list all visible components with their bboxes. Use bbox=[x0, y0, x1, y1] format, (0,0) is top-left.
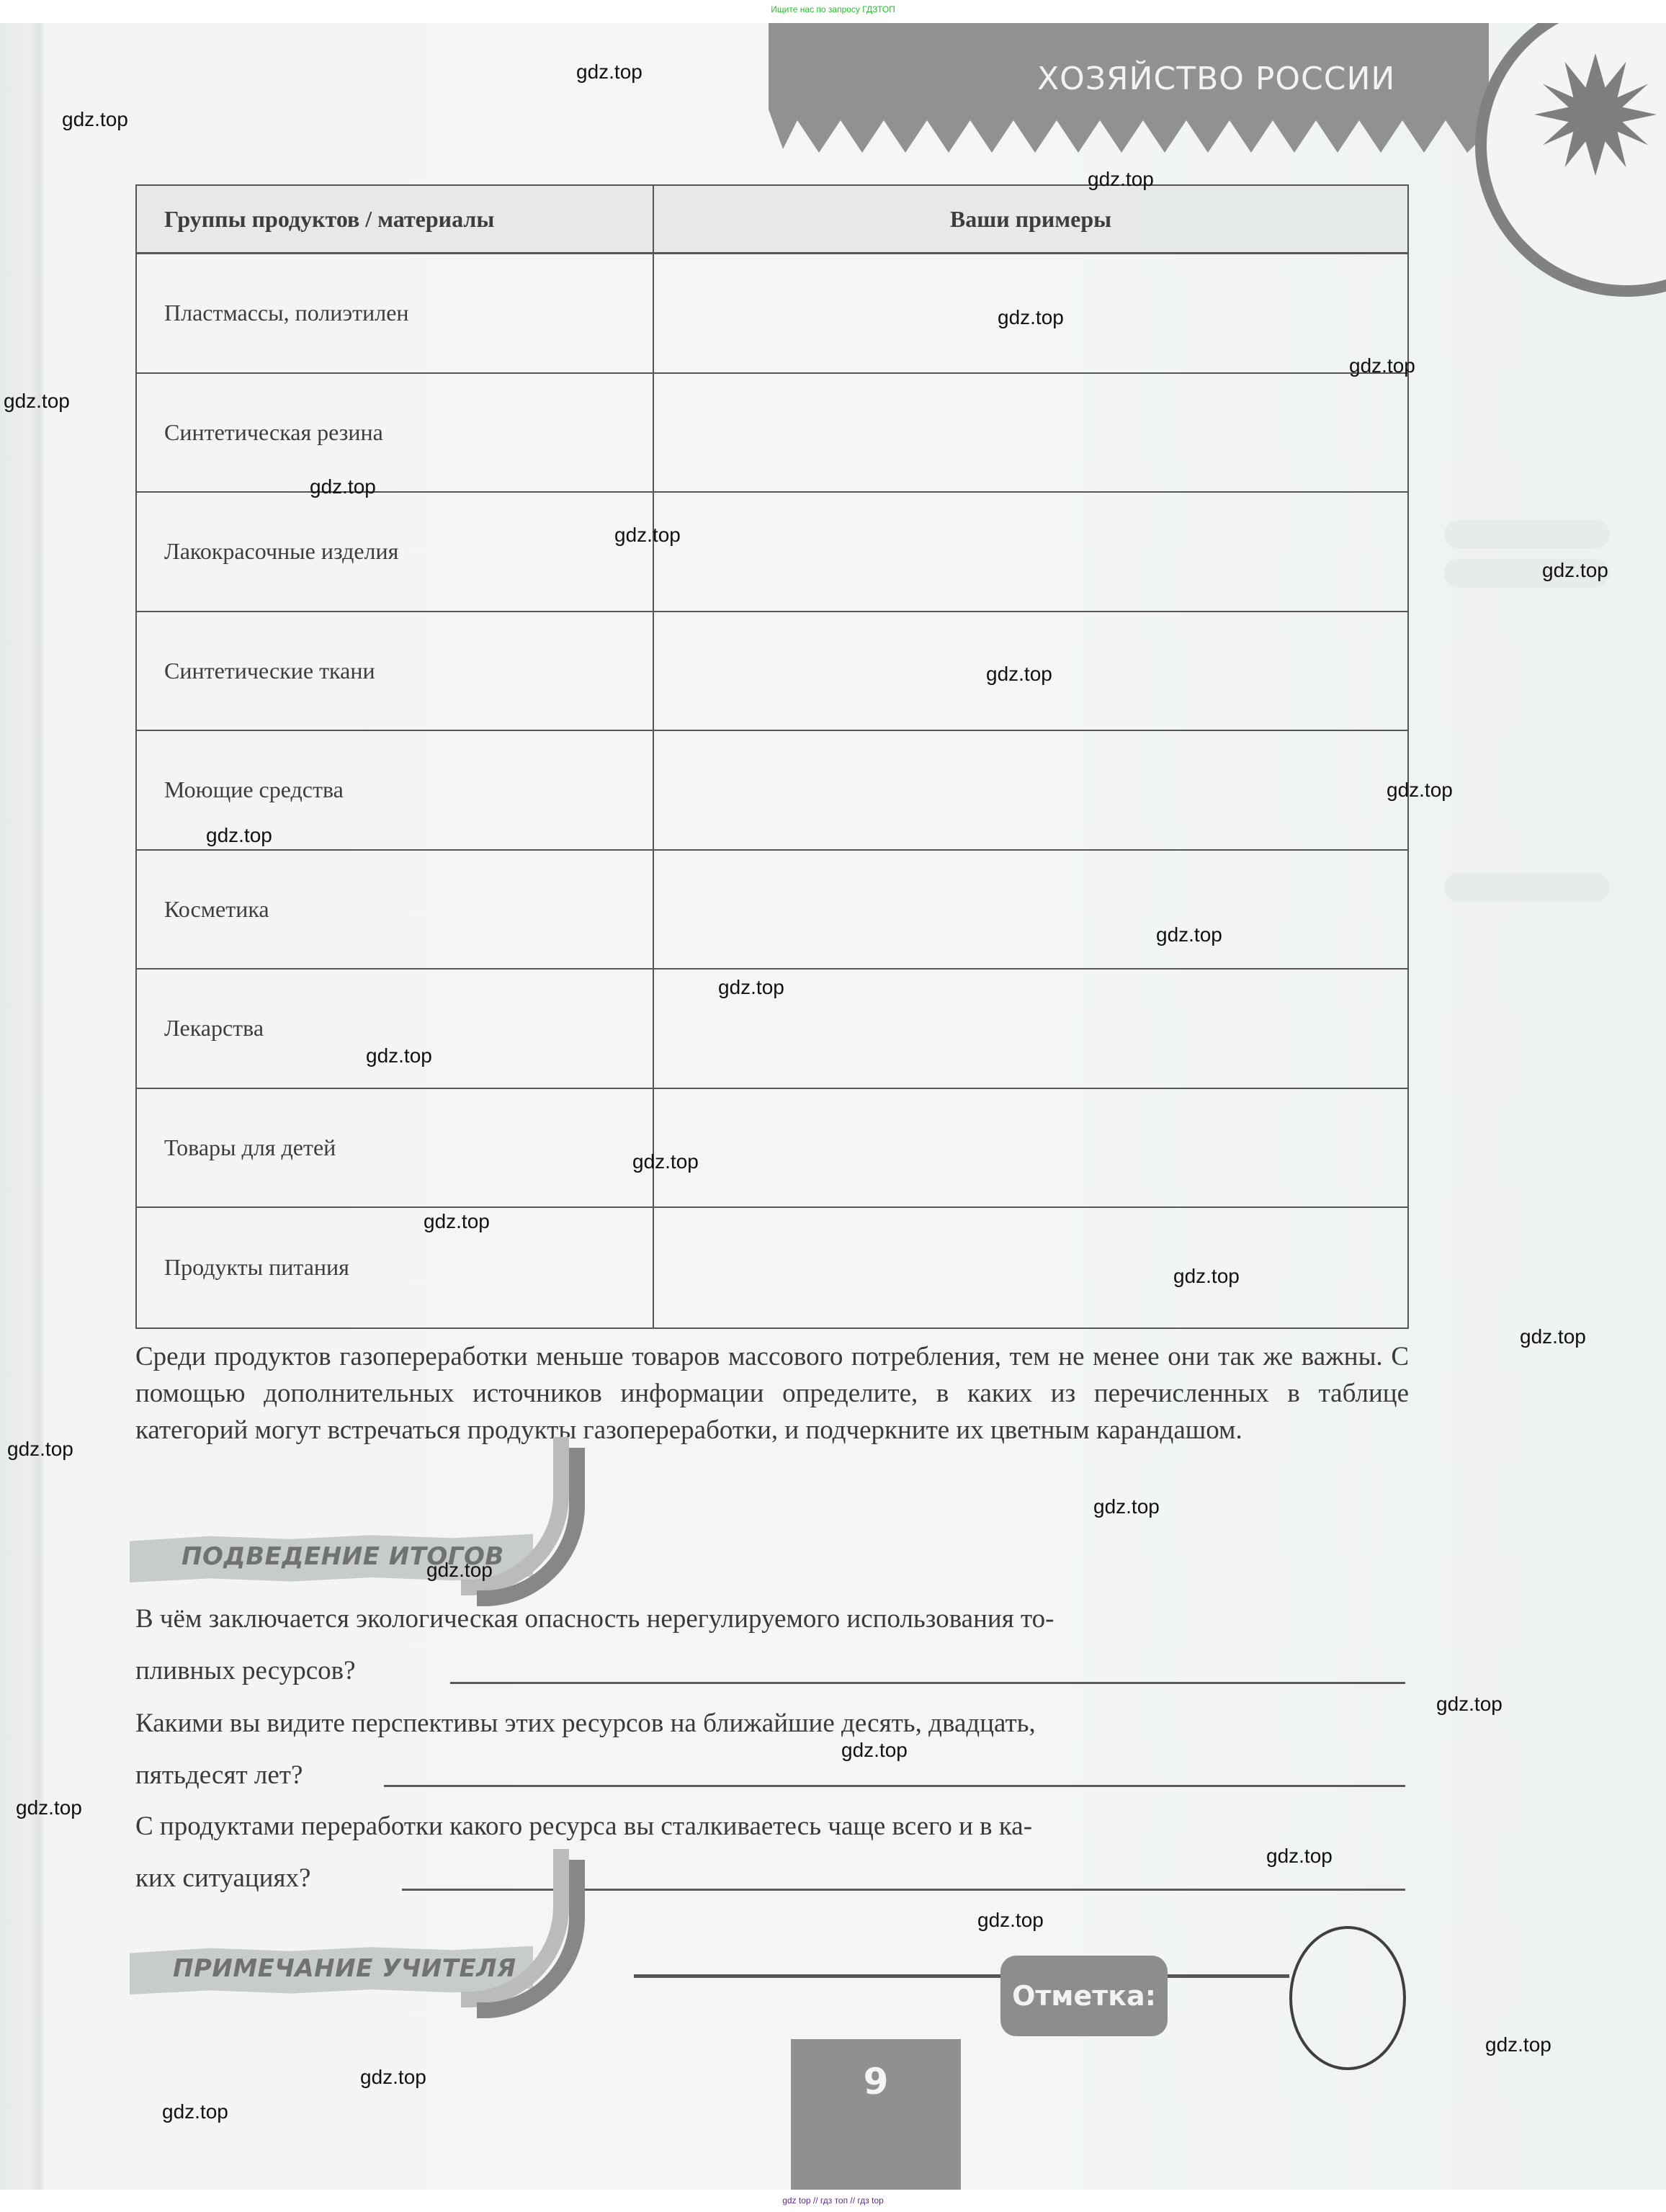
table-row-examples-input[interactable] bbox=[654, 1208, 1407, 1327]
question-text: Какими вы видите перспективы этих ресурс… bbox=[135, 1698, 1409, 1750]
watermark: gdz.top bbox=[62, 108, 128, 131]
table-row-examples-input[interactable] bbox=[654, 1089, 1407, 1209]
summary-banner: ПОДВЕДЕНИЕ ИТОГОВ bbox=[130, 1516, 634, 1595]
watermark: gdz.top bbox=[206, 824, 272, 847]
teacher-note-line[interactable] bbox=[634, 1974, 1008, 1978]
table-row-group: Продукты питания bbox=[137, 1208, 654, 1327]
watermark: gdz.top bbox=[1520, 1325, 1586, 1348]
answer-line-2[interactable] bbox=[384, 1785, 1405, 1787]
ghost-tab bbox=[1444, 873, 1610, 902]
question-text: пятьдесят лет? bbox=[135, 1750, 1409, 1801]
banner-arc bbox=[477, 1860, 585, 2018]
table-row-group: Лекарства bbox=[137, 970, 654, 1089]
watermark: gdz.top bbox=[426, 1559, 493, 1582]
watermark: gdz.top bbox=[841, 1739, 908, 1762]
table-row-group: Синтетические ткани bbox=[137, 612, 654, 732]
mark-circle-field[interactable] bbox=[1289, 1926, 1406, 2070]
ghost-tab bbox=[1444, 520, 1610, 549]
task-paragraph: Среди продуктов газопереработки меньше т… bbox=[135, 1338, 1409, 1448]
watermark: gdz.top bbox=[718, 976, 784, 999]
table-row-group: Синтетическая резина bbox=[137, 374, 654, 493]
products-table: Группы продуктов / материалы Ваши пример… bbox=[135, 184, 1409, 1329]
question-text: С продуктами переработки какого ресурса … bbox=[135, 1801, 1409, 1853]
watermark: gdz.top bbox=[614, 524, 681, 547]
teacher-note-banner: ПРИМЕЧАНИЕ УЧИТЕЛЯ bbox=[130, 1928, 634, 2007]
table-row-examples-input[interactable] bbox=[654, 493, 1407, 612]
question-text: В чём заключается экологическая опасност… bbox=[135, 1593, 1409, 1645]
watermark: gdz.top bbox=[998, 306, 1064, 329]
question-text: ких ситуациях? bbox=[135, 1853, 1409, 1904]
mark-connector-line bbox=[1160, 1974, 1289, 1978]
watermark: gdz.top bbox=[1387, 779, 1453, 802]
star-emblem-icon bbox=[1534, 53, 1657, 176]
bottom-promo-bar: gdz top // гдз топ // гдз top bbox=[0, 2190, 1666, 2212]
top-promo-bar: Ищите нас по запросу ГДЗТОП bbox=[0, 0, 1666, 23]
table-row-group: Товары для детей bbox=[137, 1089, 654, 1209]
watermark: gdz.top bbox=[1173, 1265, 1240, 1288]
watermark: gdz.top bbox=[16, 1796, 82, 1819]
watermark: gdz.top bbox=[1156, 923, 1222, 946]
watermark: gdz.top bbox=[1266, 1845, 1333, 1868]
watermark: gdz.top bbox=[632, 1150, 699, 1173]
watermark: gdz.top bbox=[360, 2066, 426, 2089]
table-row-examples-input[interactable] bbox=[654, 851, 1407, 970]
watermark: gdz.top bbox=[977, 1909, 1044, 1932]
teacher-note-title: ПРИМЕЧАНИЕ УЧИТЕЛЯ bbox=[173, 1954, 516, 1983]
watermark: gdz.top bbox=[576, 61, 642, 84]
question-text: пливных ресурсов? bbox=[135, 1645, 1409, 1697]
table-row-group: Лакокрасочные изделия bbox=[137, 493, 654, 612]
watermark: gdz.top bbox=[162, 2100, 228, 2123]
watermark: gdz.top bbox=[1093, 1495, 1160, 1518]
watermark: gdz.top bbox=[1436, 1693, 1502, 1716]
bottom-promo-text: gdz top // гдз топ // гдз top bbox=[0, 2195, 1666, 2206]
watermark: gdz.top bbox=[424, 1210, 490, 1233]
watermark: gdz.top bbox=[310, 475, 376, 498]
watermark: gdz.top bbox=[1485, 2033, 1551, 2056]
table-header-examples: Ваши примеры bbox=[654, 186, 1407, 254]
answer-line-1[interactable] bbox=[450, 1682, 1405, 1684]
watermark: gdz.top bbox=[1542, 559, 1608, 582]
mark-label: Отметка: bbox=[1000, 1956, 1168, 2036]
page-number: 9 bbox=[791, 2039, 961, 2190]
watermark: gdz.top bbox=[1349, 354, 1415, 377]
watermark: gdz.top bbox=[7, 1438, 73, 1461]
table-row-group: Пластмассы, полиэтилен bbox=[137, 254, 654, 374]
table-header-groups: Группы продуктов / материалы bbox=[137, 186, 654, 254]
table-row-examples-input[interactable] bbox=[654, 731, 1407, 851]
workbook-page: ХОЗЯЙСТВО РОССИИ Группы продуктов / мате… bbox=[0, 23, 1666, 2190]
watermark: gdz.top bbox=[1088, 168, 1154, 191]
watermark: gdz.top bbox=[366, 1044, 432, 1067]
table-row-examples-input[interactable] bbox=[654, 374, 1407, 493]
watermark: gdz.top bbox=[4, 390, 70, 413]
watermark: gdz.top bbox=[986, 663, 1052, 686]
top-promo-text: Ищите нас по запросу ГДЗТОП bbox=[0, 4, 1666, 14]
table-row-group: Косметика bbox=[137, 851, 654, 970]
banner-arc bbox=[477, 1448, 585, 1606]
header-title: ХОЗЯЙСТВО РОССИИ bbox=[1037, 61, 1395, 97]
